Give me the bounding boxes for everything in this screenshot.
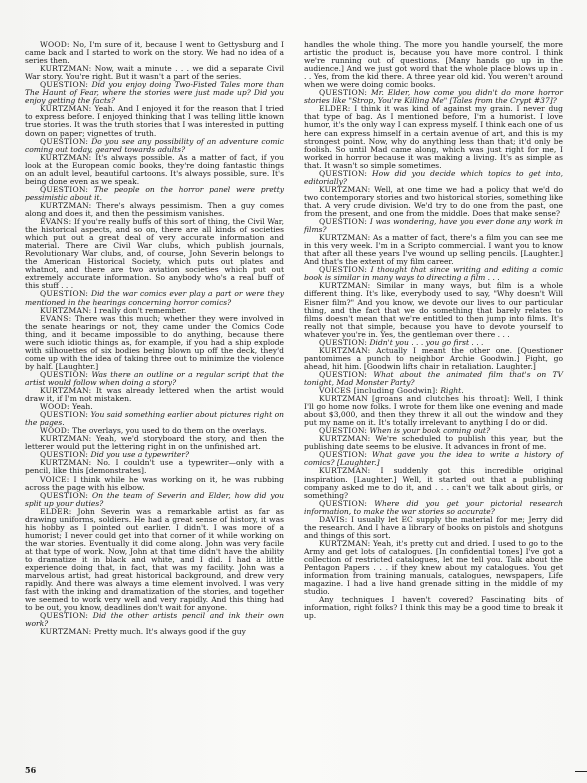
transcript-paragraph: handles the whole thing. The more you ha… [304, 41, 563, 89]
transcript-paragraph: QUESTION: I thought that since writing a… [304, 266, 563, 282]
transcript-paragraph: VOICE: I think while he was working on i… [25, 476, 284, 492]
transcript-paragraph: KURTZMAN: Actually I meant the other one… [304, 347, 563, 371]
transcript-paragraph: QUESTION: You said something earlier abo… [25, 411, 284, 427]
paragraph-text: Yeah, it's pretty cut and dried. I used … [304, 539, 563, 596]
edge-rule [575, 771, 587, 772]
transcript-paragraph: EVANS: If you're really buffs of this so… [25, 218, 284, 290]
transcript-paragraph: QUESTION: What gave you the idea to writ… [304, 451, 563, 467]
transcript-paragraph: KURTZMAN [groans and clutches his throat… [304, 395, 563, 427]
transcript-paragraph: KURTZMAN: Yeah, it's pretty cut and drie… [304, 540, 563, 596]
transcript-paragraph: QUESTION: I was wondering, have you ever… [304, 218, 563, 234]
transcript-paragraph: EVANS: There was this much; whether they… [25, 315, 284, 371]
transcript-paragraph: KURTZMAN: Yeah. And I enjoyed it for the… [25, 105, 284, 137]
paragraph-text: Any techniques I haven't covered? Fascin… [304, 595, 563, 620]
transcript-paragraph: QUESTION: Do you see any possibility of … [25, 138, 284, 154]
left-text-column: WOOD: No, I'm sure of it, because I went… [25, 41, 284, 636]
transcript-paragraph: KURTZMAN: No. I couldn't use a typewrite… [25, 459, 284, 475]
transcript-paragraph: WOOD: No, I'm sure of it, because I went… [25, 41, 284, 65]
paragraph-text: John Severin was a remarkable artist as … [25, 507, 284, 613]
transcript-paragraph: QUESTION: How did you decide which topic… [304, 170, 563, 186]
paragraph-text: handles the whole thing. The more you ha… [304, 40, 563, 89]
transcript-paragraph: KURTZMAN: We're scheduled to publish thi… [304, 435, 563, 451]
transcript-paragraph: ELDER: John Severin was a remarkable art… [25, 508, 284, 613]
right-text-column: handles the whole thing. The more you ha… [304, 41, 563, 620]
paragraph-text: Similar in many ways, but film is a whol… [304, 281, 563, 338]
paragraph-text: I think it was kind of against my grain.… [304, 104, 563, 169]
transcript-paragraph: QUESTION: The people on the horror panel… [25, 186, 284, 202]
transcript-paragraph: QUESTION: Was there an outline or a regu… [25, 371, 284, 387]
transcript-paragraph: KURTZMAN: There's always pessimism. Then… [25, 202, 284, 218]
transcript-paragraph: QUESTION: On the team of Severin and Eld… [25, 492, 284, 508]
transcript-paragraph: QUESTION: Mr. Elder, how come you didn't… [304, 89, 563, 105]
transcript-paragraph: QUESTION: Did the other artists pencil a… [25, 612, 284, 628]
transcript-paragraph: KURTZMAN: As a matter of fact, there's a… [304, 234, 563, 266]
transcript-paragraph: KURTZMAN: It was already lettered when t… [25, 387, 284, 403]
transcript-paragraph: KURTZMAN: It's always possible. As a mat… [25, 154, 284, 186]
transcript-paragraph: KURTZMAN: Yeah, we'd storyboard the stor… [25, 435, 284, 451]
transcript-paragraph: Any techniques I haven't covered? Fascin… [304, 596, 563, 620]
paragraph-text: If you're really buffs of this sort of t… [25, 217, 284, 290]
page-number: 56 [25, 765, 36, 775]
transcript-paragraph: ELDER: I think it was kind of against my… [304, 105, 563, 169]
transcript-paragraph: KURTZMAN: Now, wait a minute . . . we di… [25, 65, 284, 81]
magazine-page: WOOD: No, I'm sure of it, because I went… [0, 0, 587, 783]
speaker-label: KURTZMAN: [40, 627, 91, 636]
paragraph-text: Pretty much. It's always good if the guy [91, 627, 245, 636]
transcript-paragraph: QUESTION: Did the war comics ever play a… [25, 290, 284, 306]
paragraph-text: There was this much; whether they were i… [25, 314, 284, 371]
transcript-paragraph: KURTZMAN: Well, at one time we had a pol… [304, 186, 563, 218]
transcript-paragraph: KURTZMAN: Similar in many ways, but film… [304, 282, 563, 338]
transcript-paragraph: QUESTION: Where did you get your pictori… [304, 500, 563, 516]
transcript-paragraph: DAVIS: I usually let EC supply the mater… [304, 516, 563, 540]
transcript-paragraph: QUESTION: Did you enjoy doing Two-Fisted… [25, 81, 284, 105]
transcript-paragraph: QUESTION: What about the animated film t… [304, 371, 563, 387]
transcript-paragraph: KURTZMAN: I suddenly got this incredible… [304, 467, 563, 499]
transcript-paragraph: KURTZMAN: Pretty much. It's always good … [25, 628, 284, 636]
